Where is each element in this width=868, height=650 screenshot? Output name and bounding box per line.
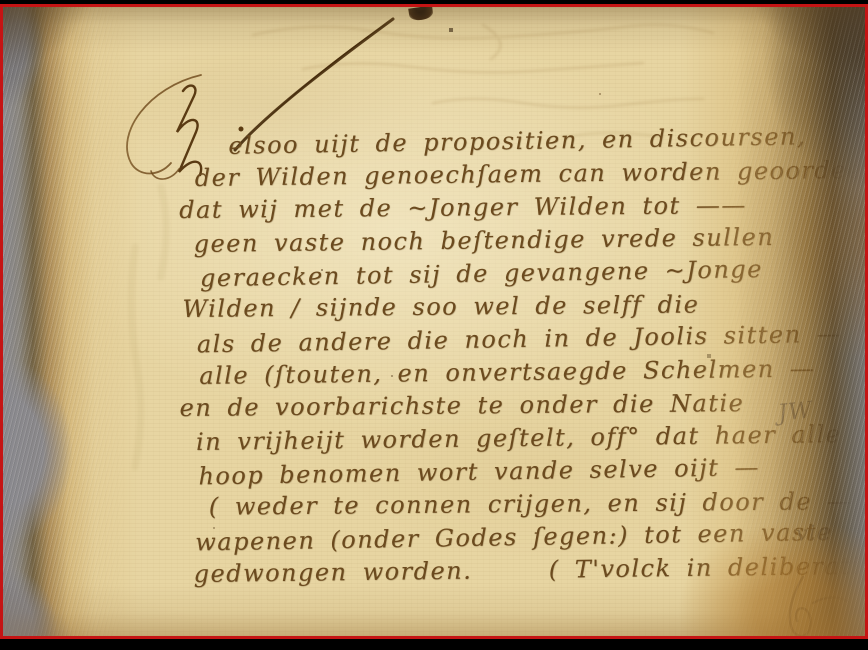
pencil-flourish-mark [761,569,868,639]
manuscript-line: en de voorbarichste te onder die Natie [171,386,868,425]
manuscript-text: elsoo uijt de propositien, en discoursen… [168,121,868,592]
manuscript-line: dat wij met de ~Jonger Wilden tot —— [169,188,868,227]
ink-specks [3,7,5,9]
pencil-note-right-margin: JW [777,397,814,427]
pencil-note-lower-right: via [795,520,830,546]
scanned-manuscript-page: elsoo uijt de propositien, en discoursen… [0,0,868,650]
scan-red-frame: elsoo uijt de propositien, en discoursen… [0,4,868,639]
manuscript-paper: elsoo uijt de propositien, en discoursen… [3,7,865,636]
